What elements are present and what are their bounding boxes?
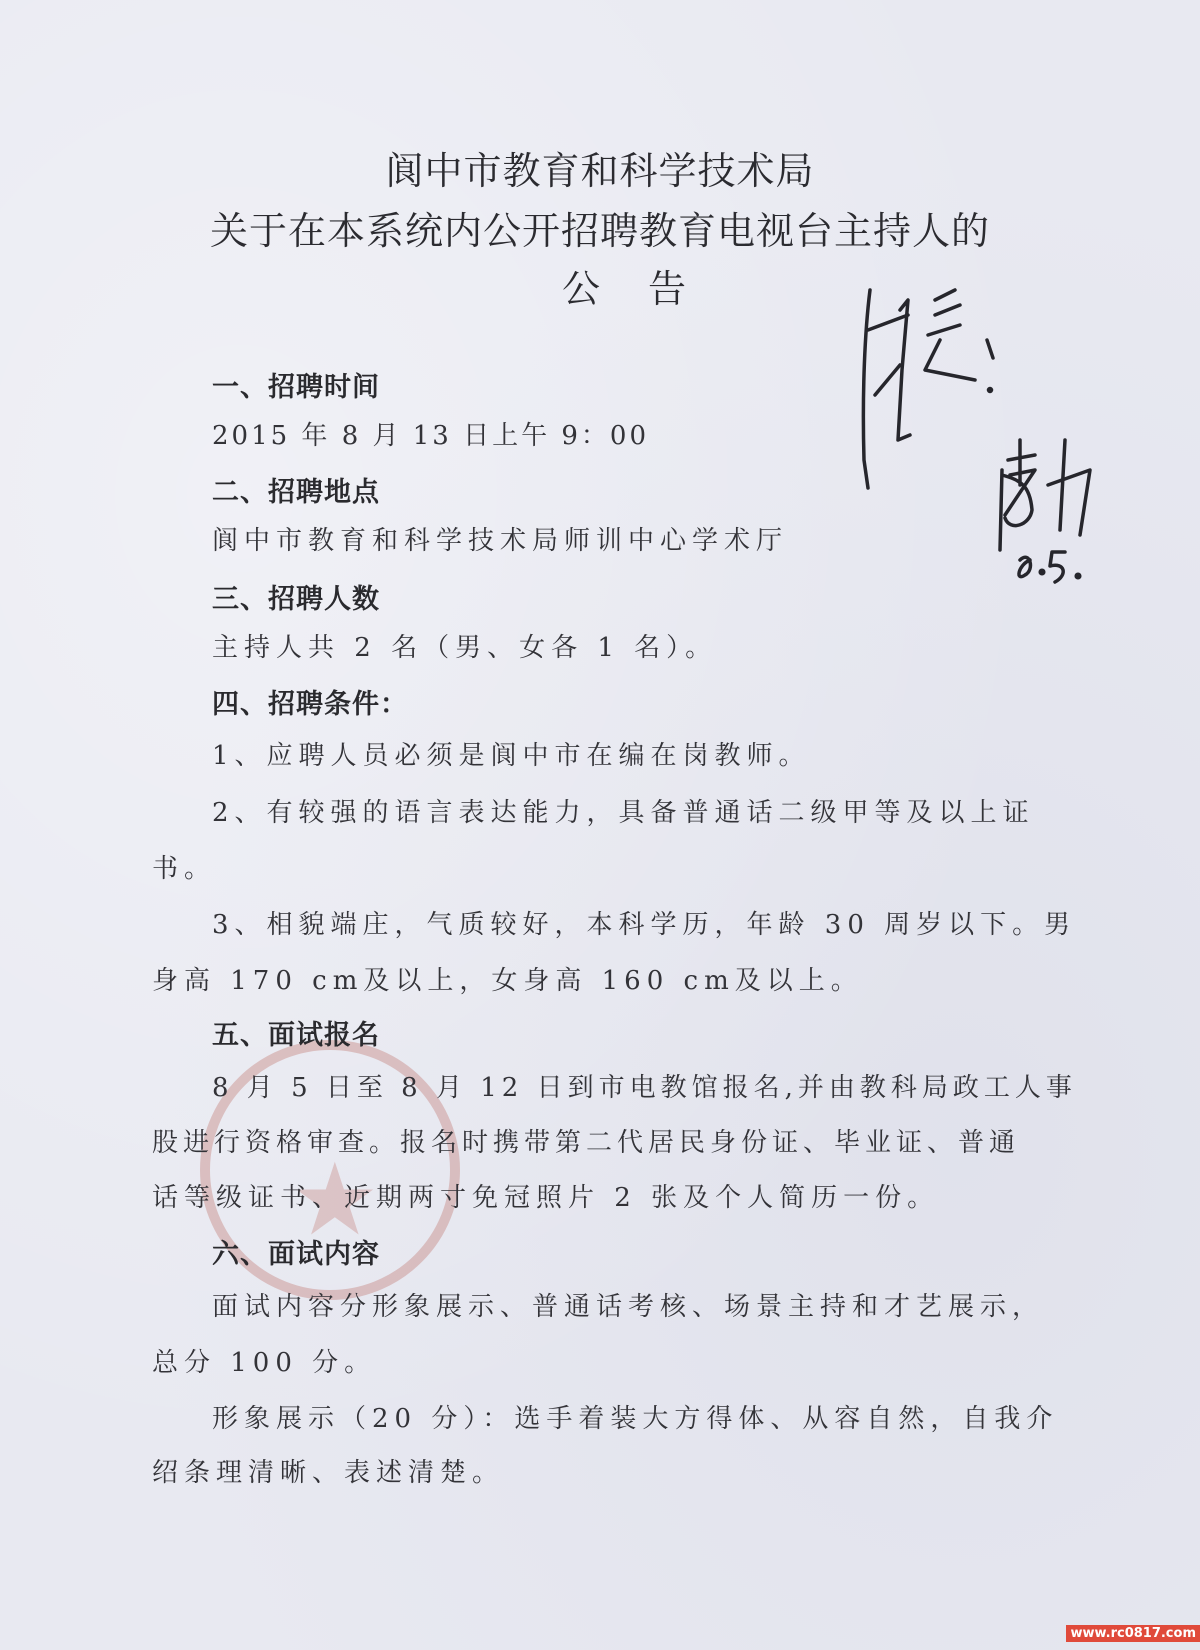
section-heading-conditions: 四、招聘条件：	[212, 682, 408, 721]
document-title-line-2: 关于在本系统内公开招聘教育电视台主持人的	[0, 200, 1200, 255]
image-display-line-1: 形象展示（20 分）：选手着装大方得体、从容自然，自我介	[212, 1398, 1058, 1435]
condition-3-line-1: 3、相貌端庄，气质较好，本科学历，年龄 30 周岁以下。男	[212, 904, 1076, 941]
condition-2-line-2: 书。	[152, 848, 216, 885]
document-title-line-1: 阆中市教育和科学技术局	[0, 140, 1200, 195]
recruit-time-text: 2015 年 8 月 13 日上午 9：00	[212, 415, 649, 452]
section-heading-location: 二、招聘地点	[212, 470, 380, 509]
recruit-location-text: 阆中市教育和科学技术局师训中心学术厅	[212, 520, 788, 557]
recruit-count-text: 主持人共 2 名（男、女各 1 名）。	[212, 627, 717, 664]
section-heading-count: 三、招聘人数	[212, 577, 380, 616]
site-watermark: www.rc0817.com	[1066, 1625, 1200, 1642]
condition-2-line-1: 2、有较强的语言表达能力，具备普通话二级甲等及以上证	[212, 792, 1035, 829]
interview-content-line-2: 总分 100 分。	[152, 1342, 376, 1379]
registration-line-1: 8 月 5 日至 8 月 12 日到市电教馆报名,并由教科局政工人事	[212, 1067, 1077, 1104]
section-heading-registration: 五、面试报名	[212, 1013, 380, 1052]
handwritten-approval-signature	[860, 270, 1140, 590]
registration-line-3: 话等级证书、近期两寸免冠照片 2 张及个人简历一份。	[152, 1177, 939, 1214]
section-heading-interview-content: 六、面试内容	[212, 1232, 380, 1271]
condition-3-line-2: 身高 170 cm及以上，女身高 160 cm及以上。	[152, 960, 863, 997]
section-heading-time: 一、招聘时间	[212, 365, 380, 404]
interview-content-line-1: 面试内容分形象展示、普通话考核、场景主持和才艺展示，	[212, 1286, 1044, 1323]
image-display-line-2: 绍条理清晰、表述清楚。	[152, 1452, 504, 1489]
condition-1: 1、应聘人员必须是阆中市在编在岗教师。	[212, 735, 811, 772]
registration-line-2: 股进行资格审查。报名时携带第二代居民身份证、毕业证、普通	[152, 1122, 1020, 1159]
